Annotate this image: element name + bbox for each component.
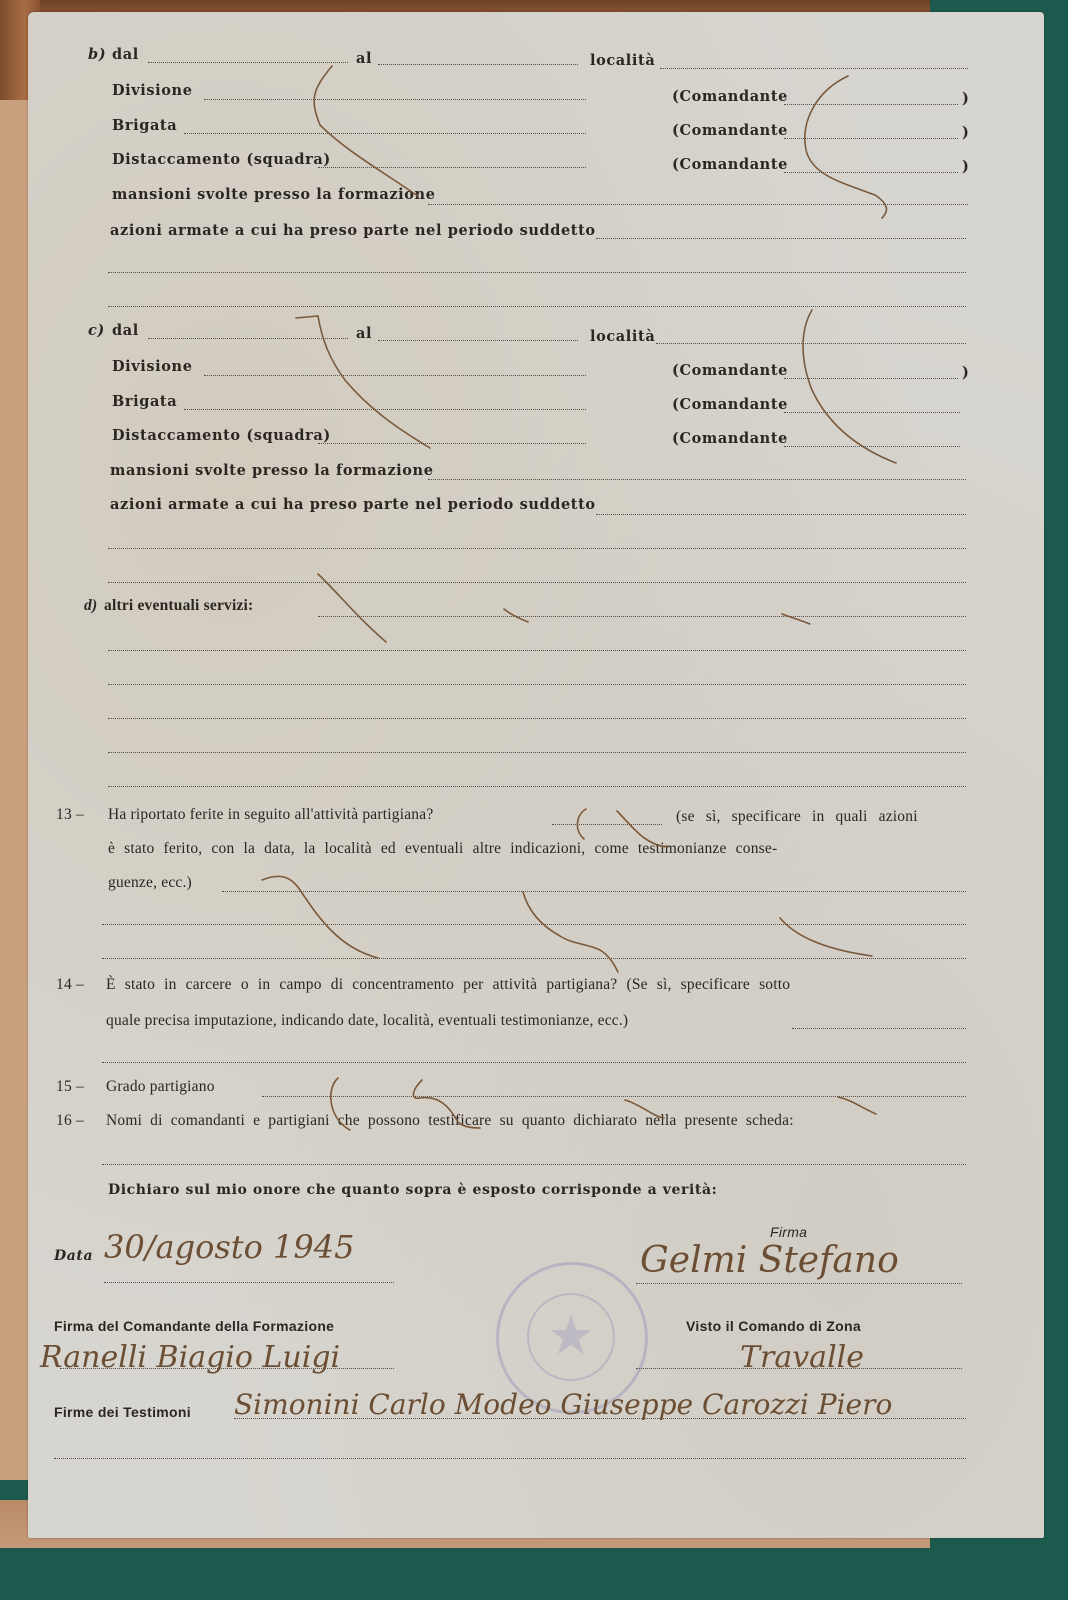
brigata-label: Brigata bbox=[112, 117, 177, 134]
firma-label: Firma bbox=[770, 1224, 807, 1240]
close-paren: ) bbox=[962, 90, 969, 107]
localita-field[interactable] bbox=[656, 343, 966, 344]
altri-servizi-line[interactable] bbox=[108, 650, 966, 651]
comandante-label: (Comandante bbox=[672, 156, 788, 173]
azioni-label: azioni armate a cui ha preso parte nel p… bbox=[110, 222, 596, 239]
ferite-details-field[interactable] bbox=[222, 891, 966, 892]
al-label: al bbox=[356, 50, 372, 67]
testimoni-extra-line[interactable] bbox=[54, 1458, 966, 1459]
section-marker: d) bbox=[84, 597, 97, 615]
grado-label: Grado partigiano bbox=[106, 1078, 215, 1096]
carcere-line[interactable] bbox=[102, 1062, 966, 1063]
altri-servizi-line[interactable] bbox=[108, 752, 966, 753]
azioni-field-line[interactable] bbox=[108, 548, 966, 549]
star-icon: ★ bbox=[529, 1309, 613, 1363]
comandante-brigata-field[interactable] bbox=[784, 138, 958, 139]
azioni-field-line[interactable] bbox=[108, 582, 966, 583]
azioni-field-line[interactable] bbox=[108, 272, 966, 273]
divisione-field[interactable] bbox=[204, 375, 586, 376]
question-text: guenze, ecc.) bbox=[108, 874, 192, 892]
section-marker: c) bbox=[88, 322, 105, 339]
section-marker: b) bbox=[88, 46, 106, 63]
divisione-field[interactable] bbox=[204, 99, 586, 100]
question-text: (se sì, specificare in quali azioni bbox=[676, 808, 918, 826]
firma-field[interactable] bbox=[636, 1283, 962, 1284]
visto-comando-label: Visto il Comando di Zona bbox=[686, 1318, 861, 1334]
visto-comando-signature: Travalle bbox=[740, 1340, 864, 1375]
brigata-field[interactable] bbox=[184, 409, 586, 410]
distaccamento-field[interactable] bbox=[318, 443, 586, 444]
ferite-details-line[interactable] bbox=[102, 924, 966, 925]
al-label: al bbox=[356, 325, 372, 342]
al-field[interactable] bbox=[378, 340, 578, 341]
altri-servizi-line[interactable] bbox=[108, 684, 966, 685]
azioni-field[interactable] bbox=[596, 238, 966, 239]
altri-servizi-line[interactable] bbox=[108, 786, 966, 787]
carcere-field[interactable] bbox=[792, 1028, 966, 1029]
comandante-distaccamento-field[interactable] bbox=[784, 446, 960, 447]
mansioni-field[interactable] bbox=[428, 479, 966, 480]
data-label: Data bbox=[54, 1248, 93, 1264]
distaccamento-label: Distaccamento (squadra) bbox=[112, 427, 331, 444]
question-text: è stato ferito, con la data, la località… bbox=[108, 840, 777, 858]
ferite-details-line[interactable] bbox=[102, 958, 966, 959]
grado-field[interactable] bbox=[262, 1096, 966, 1097]
close-paren: ) bbox=[962, 158, 969, 175]
question-number: 15 – bbox=[56, 1078, 84, 1096]
data-field[interactable] bbox=[104, 1282, 394, 1283]
declaration-text: Dichiaro sul mio onore che quanto sopra … bbox=[108, 1182, 717, 1198]
dal-field[interactable] bbox=[148, 338, 348, 339]
comandante-label: (Comandante bbox=[672, 122, 788, 139]
dal-label: dal bbox=[112, 46, 139, 63]
mansioni-field[interactable] bbox=[428, 204, 968, 205]
comandante-divisione-field[interactable] bbox=[784, 104, 958, 105]
distaccamento-label: Distaccamento (squadra) bbox=[112, 151, 331, 168]
altri-servizi-field[interactable] bbox=[318, 616, 966, 617]
al-field[interactable] bbox=[378, 64, 578, 65]
question-number: 14 – bbox=[56, 976, 84, 994]
comandante-label: (Comandante bbox=[672, 396, 788, 413]
testimoni-signatures: Simonini Carlo Modeo Giuseppe Carozzi Pi… bbox=[234, 1388, 892, 1421]
comandante-formazione-label: Firma del Comandante della Formazione bbox=[54, 1318, 334, 1334]
question-text: È stato in carcere o in campo di concent… bbox=[106, 976, 790, 994]
comandante-distaccamento-field[interactable] bbox=[784, 172, 958, 173]
close-paren: ) bbox=[962, 364, 969, 381]
data-value: 30/agosto 1945 bbox=[104, 1228, 354, 1266]
altri-servizi-label: altri eventuali servizi: bbox=[104, 597, 253, 615]
comandante-formazione-signature: Ranelli Biagio Luigi bbox=[40, 1340, 340, 1375]
firma-signature: Gelmi Stefano bbox=[640, 1240, 899, 1281]
localita-field[interactable] bbox=[660, 68, 968, 69]
dal-field[interactable] bbox=[148, 62, 348, 63]
divisione-label: Divisione bbox=[112, 358, 193, 375]
ferite-field[interactable] bbox=[552, 824, 662, 825]
brigata-label: Brigata bbox=[112, 393, 177, 410]
brigata-field[interactable] bbox=[184, 133, 586, 134]
testimoni-names-field[interactable] bbox=[102, 1164, 966, 1165]
question-number: 16 – bbox=[56, 1112, 84, 1130]
question-number: 13 – bbox=[56, 806, 84, 824]
comandante-label: (Comandante bbox=[672, 430, 788, 447]
close-paren: ) bbox=[962, 124, 969, 141]
question-text: Ha riportato ferite in seguito all'attiv… bbox=[108, 806, 433, 824]
azioni-field[interactable] bbox=[596, 514, 966, 515]
azioni-field-line[interactable] bbox=[108, 306, 966, 307]
comandante-brigata-field[interactable] bbox=[784, 412, 960, 413]
question-text: Nomi di comandanti e partigiani che poss… bbox=[106, 1112, 794, 1130]
distaccamento-field[interactable] bbox=[318, 167, 586, 168]
comandante-label: (Comandante bbox=[672, 88, 788, 105]
localita-label: località bbox=[590, 328, 655, 345]
comandante-label: (Comandante bbox=[672, 362, 788, 379]
altri-servizi-line[interactable] bbox=[108, 718, 966, 719]
testimoni-label: Firme dei Testimoni bbox=[54, 1404, 191, 1420]
dal-label: dal bbox=[112, 322, 139, 339]
comandante-divisione-field[interactable] bbox=[784, 378, 958, 379]
question-text: quale precisa imputazione, indicando dat… bbox=[106, 1012, 628, 1030]
mansioni-label: mansioni svolte presso la formazione bbox=[112, 186, 436, 203]
mansioni-label: mansioni svolte presso la formazione bbox=[110, 462, 434, 479]
divisione-label: Divisione bbox=[112, 82, 193, 99]
azioni-label: azioni armate a cui ha preso parte nel p… bbox=[110, 496, 596, 513]
localita-label: località bbox=[590, 52, 655, 69]
